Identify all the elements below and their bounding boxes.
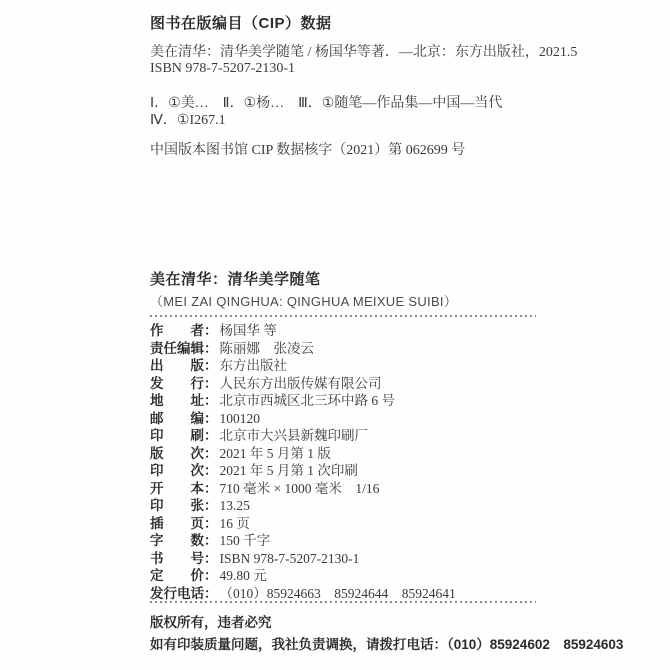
colophon-row-sales-phone: 发行电话： （010）85924663 85924644 85924641 bbox=[150, 585, 590, 603]
colophon-row-format: 开 本： 710 毫米 × 1000 毫米 1/16 bbox=[150, 480, 590, 498]
colophon-label: 出 版： bbox=[150, 357, 218, 375]
colophon-label: 责任编辑： bbox=[150, 340, 218, 358]
quality-notice: 如有印装质量问题，我社负责调换，请拨打电话：（010）85924602 8592… bbox=[150, 633, 623, 653]
colophon-label: 发 行： bbox=[150, 375, 218, 393]
colophon-value: 北京市西城区北三环中路 6 号 bbox=[218, 392, 396, 410]
colophon-row-postcode: 邮 编： 100120 bbox=[150, 410, 590, 428]
colophon-row-wordcount: 字 数： 150 千字 bbox=[150, 532, 590, 550]
colophon-label: 书 号： bbox=[150, 550, 218, 568]
colophon-list: 作 者： 杨国华 等 责任编辑： 陈丽娜 张凌云 出 版： 东方出版社 发 行：… bbox=[150, 322, 590, 602]
colophon-row-price: 定 价： 49.80 元 bbox=[150, 567, 590, 585]
colophon-value: 2021 年 5 月第 1 次印刷 bbox=[218, 462, 358, 480]
colophon-label: 插 页： bbox=[150, 515, 218, 533]
colophon-row-sheets: 印 张： 13.25 bbox=[150, 497, 590, 515]
colophon-value: 49.80 元 bbox=[218, 567, 267, 585]
colophon-value: 2021 年 5 月第 1 版 bbox=[218, 445, 331, 463]
colophon-label: 开 本： bbox=[150, 480, 218, 498]
cip-classification-line-2: Ⅳ．①I267.1 bbox=[150, 109, 226, 129]
colophon-label: 印 次： bbox=[150, 462, 218, 480]
colophon-row-distributor: 发 行： 人民东方出版传媒有限公司 bbox=[150, 375, 590, 393]
book-title-pinyin: （MEI ZAI QINGHUA: QINGHUA MEIXUE SUIBI） bbox=[150, 291, 457, 310]
colophon-row-edition: 版 次： 2021 年 5 月第 1 版 bbox=[150, 445, 590, 463]
colophon-value: 人民东方出版传媒有限公司 bbox=[218, 375, 382, 393]
colophon-row-isbn: 书 号： ISBN 978-7-5207-2130-1 bbox=[150, 550, 590, 568]
copyright-notice: 版权所有，违者必究 bbox=[150, 611, 272, 631]
colophon-value: 杨国华 等 bbox=[218, 322, 277, 340]
colophon-row-inserts: 插 页： 16 页 bbox=[150, 515, 590, 533]
colophon-label: 地 址： bbox=[150, 392, 218, 410]
colophon-row-editor: 责任编辑： 陈丽娜 张凌云 bbox=[150, 340, 590, 358]
colophon-row-printer: 印 刷： 北京市大兴县新魏印刷厂 bbox=[150, 427, 590, 445]
copyright-page: 图书在版编目（CIP）数据 美在清华：清华美学随笔 / 杨国华等著．—北京：东方… bbox=[0, 0, 670, 670]
colophon-label: 版 次： bbox=[150, 445, 218, 463]
colophon-row-printing: 印 次： 2021 年 5 月第 1 次印刷 bbox=[150, 462, 590, 480]
colophon-value: ISBN 978-7-5207-2130-1 bbox=[218, 550, 360, 568]
colophon-label: 字 数： bbox=[150, 532, 218, 550]
colophon-row-publisher: 出 版： 东方出版社 bbox=[150, 357, 590, 375]
colophon-label: 作 者： bbox=[150, 322, 218, 340]
cip-heading: 图书在版编目（CIP）数据 bbox=[150, 12, 332, 33]
colophon-label: 印 张： bbox=[150, 497, 218, 515]
cip-catalog-line: 美在清华：清华美学随笔 / 杨国华等著．—北京：东方出版社，2021.5 bbox=[150, 41, 577, 61]
book-title: 美在清华：清华美学随笔 bbox=[150, 268, 321, 289]
colophon-value: 710 毫米 × 1000 毫米 1/16 bbox=[218, 480, 380, 498]
colophon-row-author: 作 者： 杨国华 等 bbox=[150, 322, 590, 340]
colophon-label: 发行电话： bbox=[150, 585, 218, 603]
colophon-value: 北京市大兴县新魏印刷厂 bbox=[218, 427, 369, 445]
colophon-label: 邮 编： bbox=[150, 410, 218, 428]
cip-record-line: 中国版本图书馆 CIP 数据核字（2021）第 062699 号 bbox=[150, 139, 465, 159]
colophon-value: 150 千字 bbox=[218, 532, 271, 550]
colophon-value: 陈丽娜 张凌云 bbox=[218, 340, 315, 358]
colophon-label: 印 刷： bbox=[150, 427, 218, 445]
colophon-value: （010）85924663 85924644 85924641 bbox=[218, 585, 456, 603]
cip-isbn-line: ISBN 978-7-5207-2130-1 bbox=[150, 61, 295, 77]
colophon-row-address: 地 址： 北京市西城区北三环中路 6 号 bbox=[150, 392, 590, 410]
colophon-value: 13.25 bbox=[218, 497, 250, 515]
colophon-label: 定 价： bbox=[150, 567, 218, 585]
dotted-divider-top bbox=[150, 315, 536, 317]
dotted-divider-bottom bbox=[150, 601, 536, 603]
colophon-value: 100120 bbox=[218, 410, 261, 428]
colophon-value: 16 页 bbox=[218, 515, 250, 533]
colophon-value: 东方出版社 bbox=[218, 357, 288, 375]
